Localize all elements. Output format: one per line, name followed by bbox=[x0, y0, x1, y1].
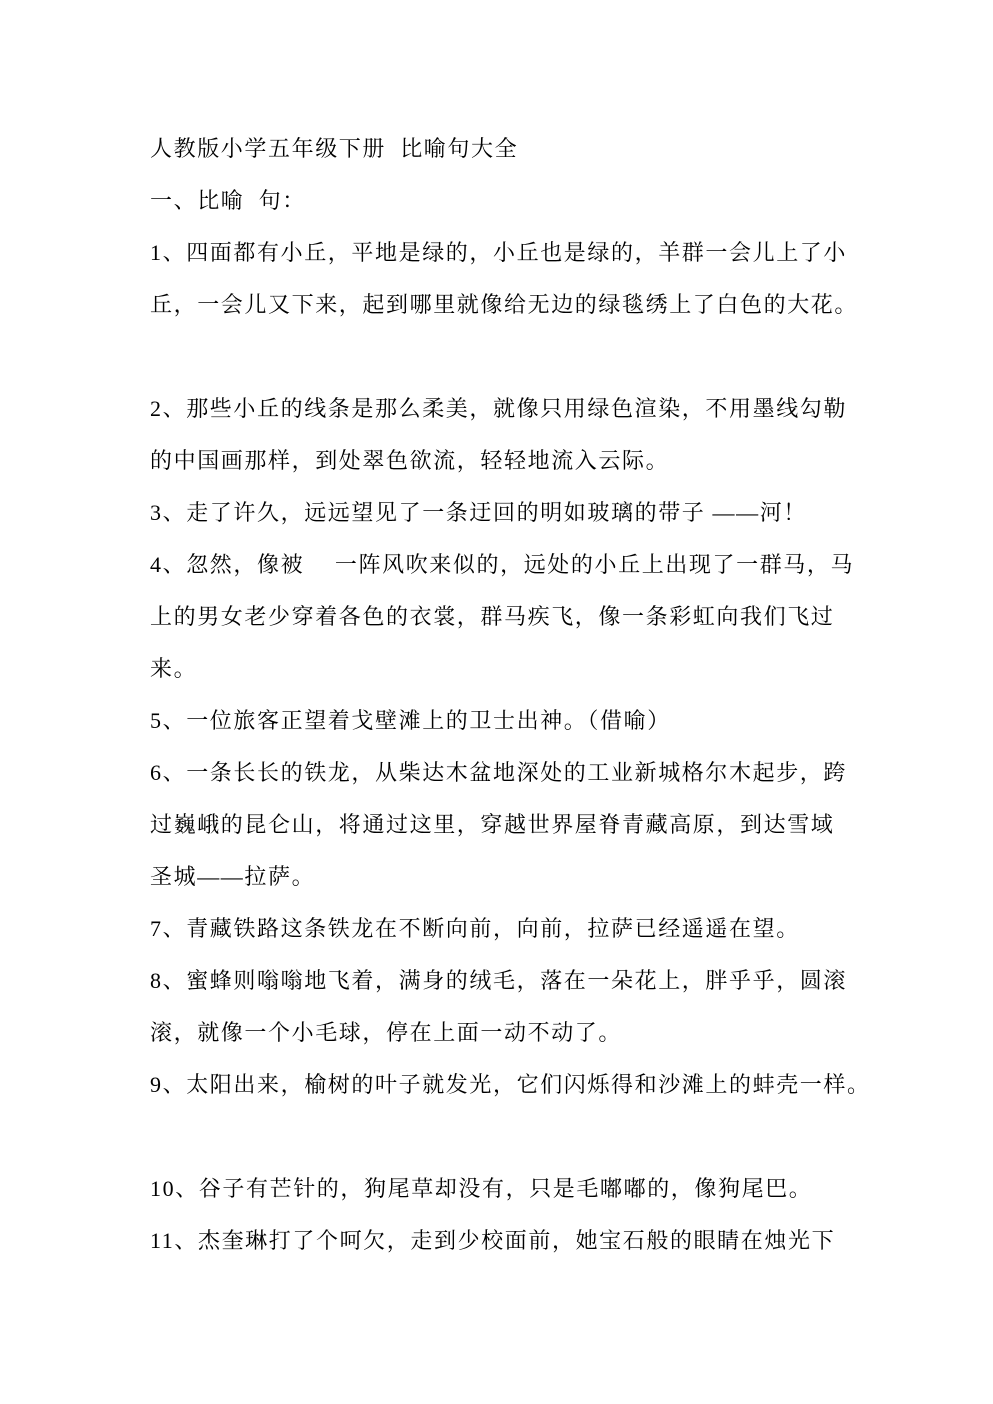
text-line: 10、谷子有芒针的，狗尾草却没有，只是毛嘟嘟的，像狗尾巴。 bbox=[150, 1163, 930, 1215]
section-heading: 一、比喻 句： bbox=[150, 175, 930, 227]
text-line: 5、一位旅客正望着戈壁滩上的卫士出神。（借喻） bbox=[150, 695, 930, 747]
text-line: 7、青藏铁路这条铁龙在不断向前，向前，拉萨已经遥遥在望。 bbox=[150, 903, 930, 955]
blank-line bbox=[150, 331, 930, 383]
text-line: 8、蜜蜂则嗡嗡地飞着，满身的绒毛，落在一朵花上，胖乎乎，圆滚 bbox=[150, 955, 930, 1007]
document-text-block: 人教版小学五年级下册 比喻句大全 一、比喻 句： 1、四面都有小丘，平地是绿的，… bbox=[150, 123, 930, 1267]
doc-title: 人教版小学五年级下册 比喻句大全 bbox=[150, 123, 930, 175]
text-line: 2、那些小丘的线条是那么柔美，就像只用绿色渲染，不用墨线勾勒 bbox=[150, 383, 930, 435]
text-line: 丘，一会儿又下来，起到哪里就像给无边的绿毯绣上了白色的大花。 bbox=[150, 279, 930, 331]
text-line: 3、走了许久，远远望见了一条迂回的明如玻璃的带子 ——河！ bbox=[150, 487, 930, 539]
text-line: 上的男女老少穿着各色的衣裳，群马疾飞，像一条彩虹向我们飞过 bbox=[150, 591, 930, 643]
blank-line bbox=[150, 1111, 930, 1163]
text-line: 6、一条长长的铁龙，从柴达木盆地深处的工业新城格尔木起步，跨 bbox=[150, 747, 930, 799]
text-line: 来。 bbox=[150, 643, 930, 695]
text-line: 的中国画那样，到处翠色欲流，轻轻地流入云际。 bbox=[150, 435, 930, 487]
text-line: 4、忽然，像被 一阵风吹来似的，远处的小丘上出现了一群马，马 bbox=[150, 539, 930, 591]
text-line: 圣城——拉萨。 bbox=[150, 851, 930, 903]
text-line: 滚，就像一个小毛球，停在上面一动不动了。 bbox=[150, 1007, 930, 1059]
text-line: 11、杰奎琳打了个呵欠，走到少校面前，她宝石般的眼睛在烛光下 bbox=[150, 1215, 930, 1267]
document-page: 人教版小学五年级下册 比喻句大全 一、比喻 句： 1、四面都有小丘，平地是绿的，… bbox=[0, 0, 993, 1404]
text-line: 1、四面都有小丘，平地是绿的，小丘也是绿的，羊群一会儿上了小 bbox=[150, 227, 930, 279]
text-line: 过巍峨的昆仑山，将通过这里，穿越世界屋脊青藏高原，到达雪域 bbox=[150, 799, 930, 851]
text-line: 9、太阳出来，榆树的叶子就发光，它们闪烁得和沙滩上的蚌壳一样。 bbox=[150, 1059, 930, 1111]
